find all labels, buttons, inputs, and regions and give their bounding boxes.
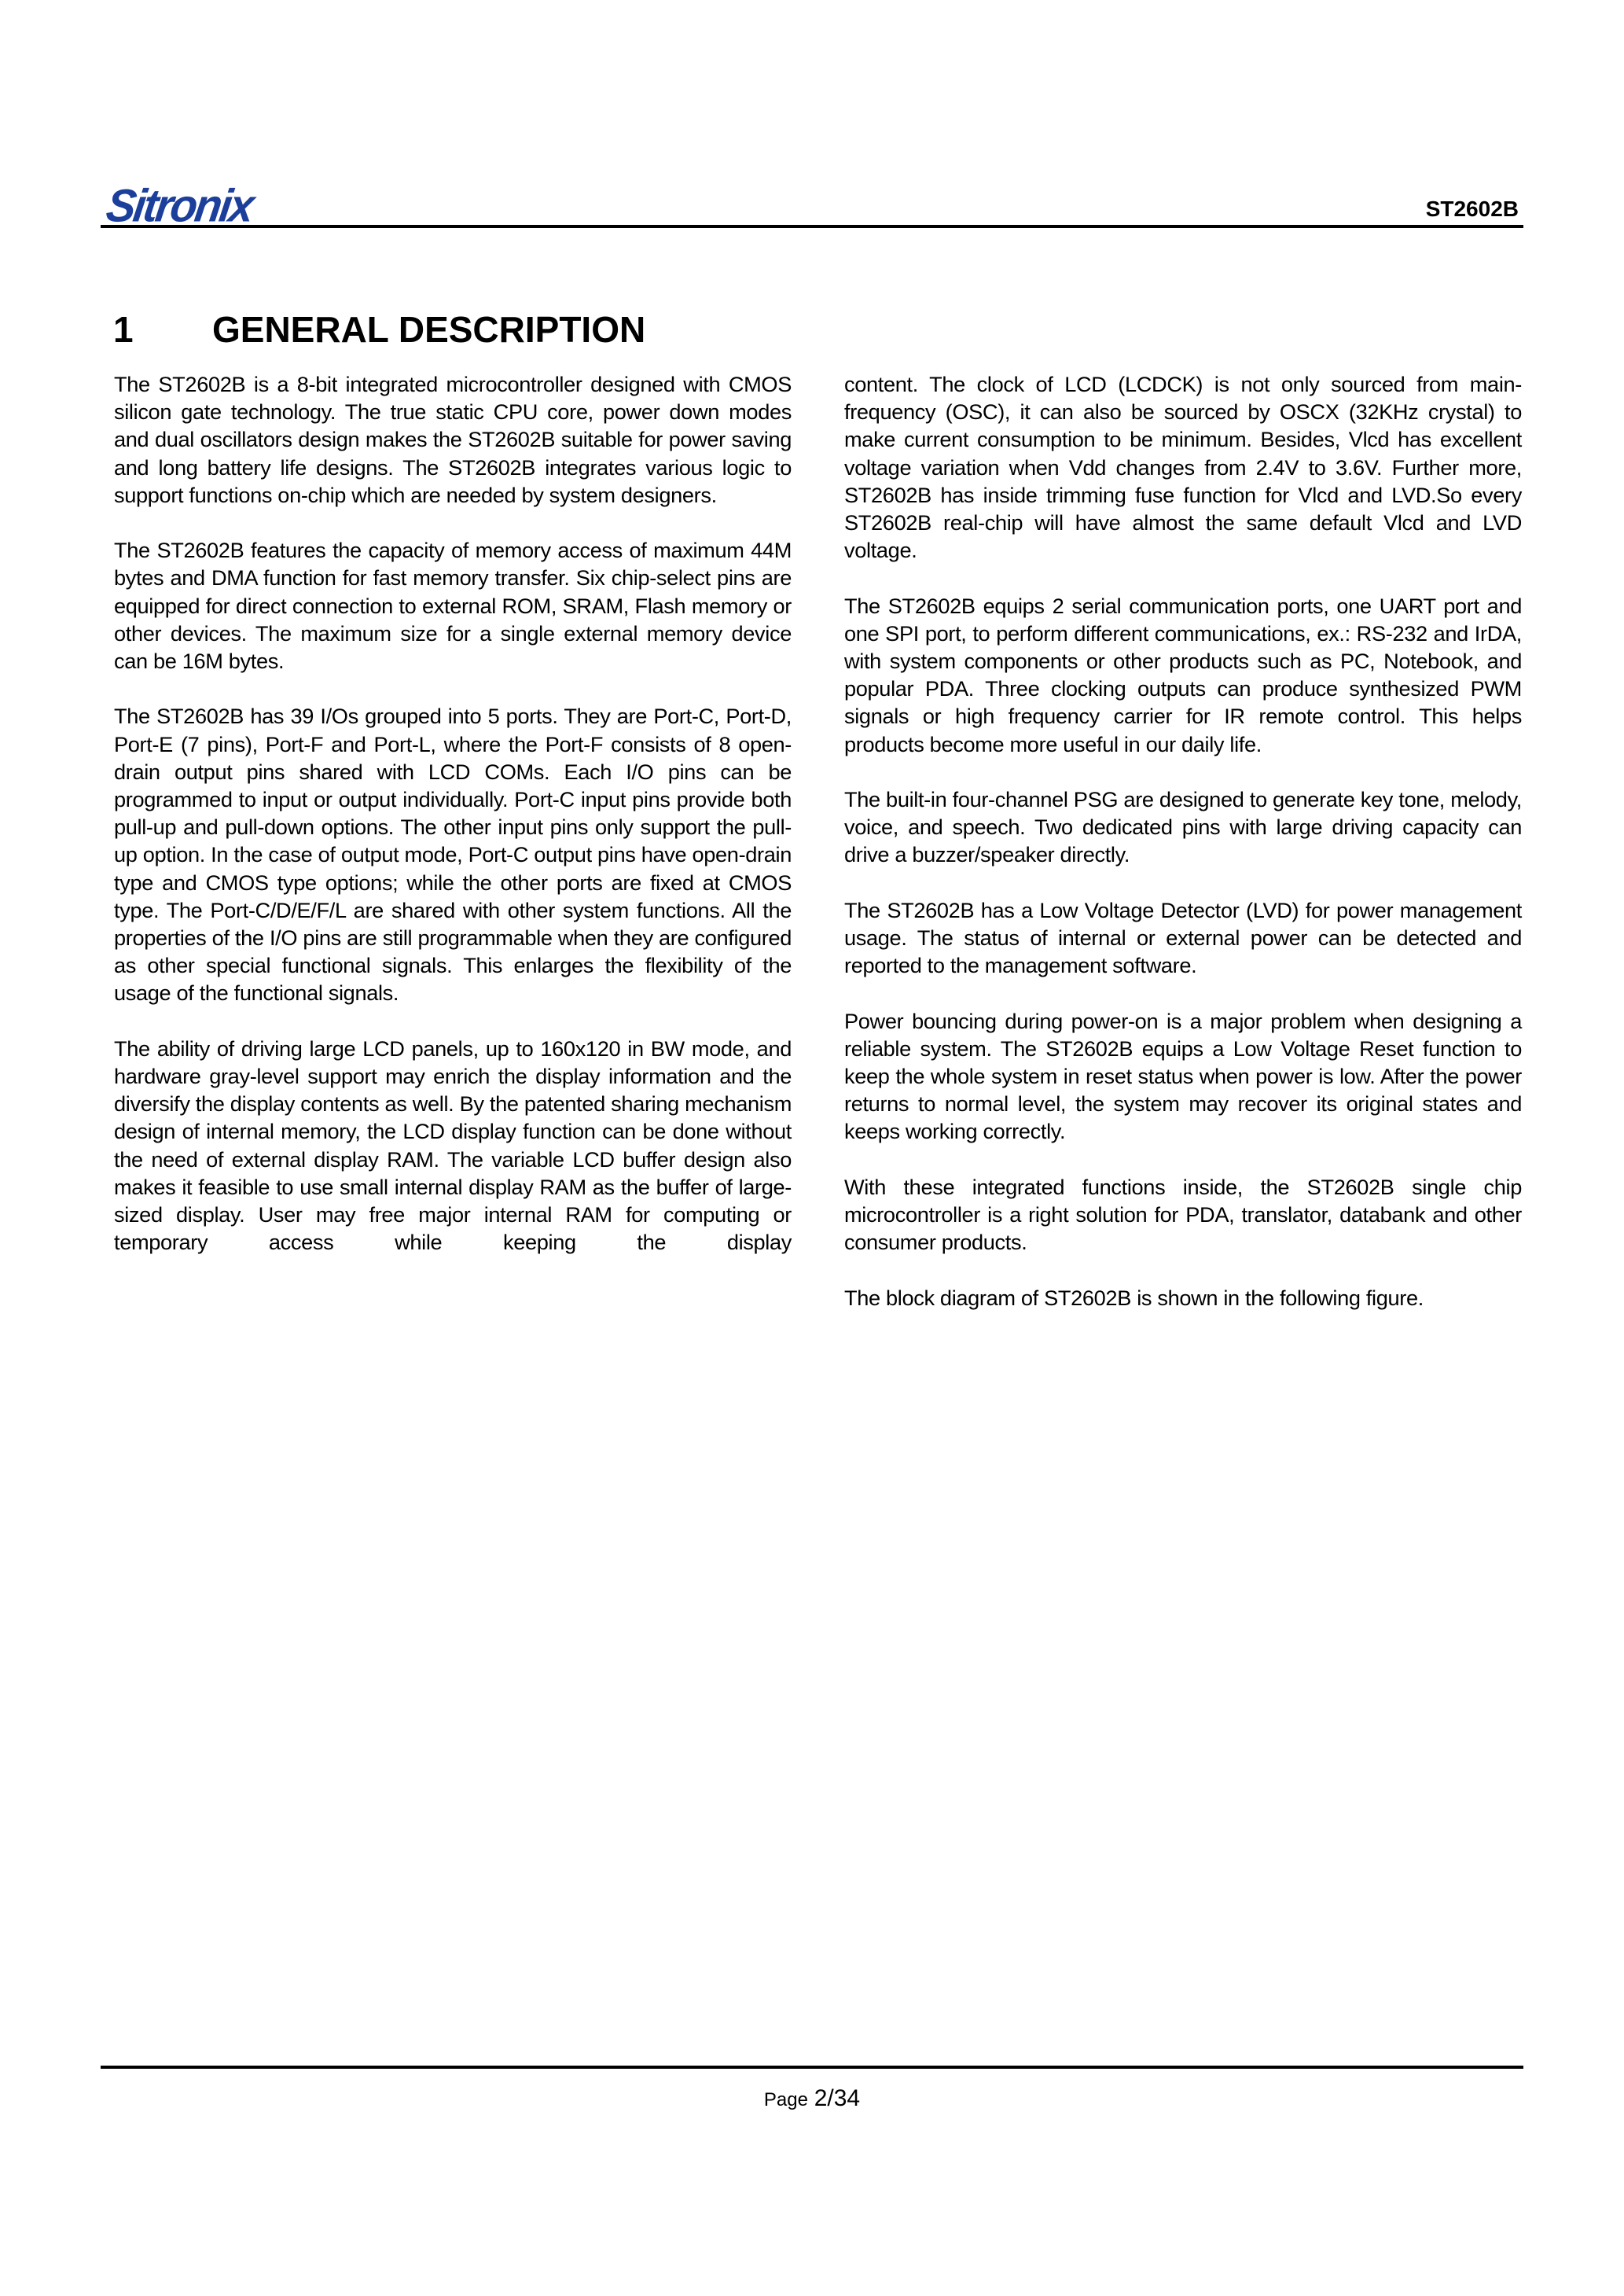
sitronix-logo: Sitronix [104, 182, 255, 229]
paragraph-overview: The ST2602B is a 8-bit integrated microc… [114, 370, 792, 509]
paragraph-lcd-clock: content. The clock of LCD (LCDCK) is not… [844, 370, 1522, 564]
paragraph-psg: The built-in four-channel PSG are design… [844, 786, 1522, 869]
paragraph-low-voltage-reset: Power bouncing during power-on is a majo… [844, 1007, 1522, 1146]
paragraph-memory: The ST2602B features the capacity of mem… [114, 536, 792, 675]
section-title: GENERAL DESCRIPTION [212, 309, 645, 350]
paragraph-io-ports: The ST2602B has 39 I/Os grouped into 5 p… [114, 702, 792, 1006]
page-label: Page [764, 2089, 808, 2110]
paragraph-lvd: The ST2602B has a Low Voltage Detector (… [844, 896, 1522, 980]
paragraph-lcd: The ability of driving large LCD panels,… [114, 1035, 792, 1257]
page-value: 2/34 [814, 2085, 860, 2111]
section-number: 1 [113, 311, 212, 348]
document-code: ST2602B [1426, 198, 1519, 220]
footer-divider [101, 2066, 1523, 2069]
paragraph-serial-ports: The ST2602B equips 2 serial communicatio… [844, 592, 1522, 758]
page-number: Page 2/34 [0, 2087, 1624, 2110]
left-column: The ST2602B is a 8-bit integrated microc… [114, 370, 792, 1256]
paragraph-applications: With these integrated functions inside, … [844, 1173, 1522, 1257]
section-heading: 1GENERAL DESCRIPTION [113, 311, 645, 348]
right-column: content. The clock of LCD (LCDCK) is not… [844, 370, 1522, 1312]
header-divider [101, 225, 1523, 228]
paragraph-block-diagram-intro: The block diagram of ST2602B is shown in… [844, 1284, 1522, 1312]
